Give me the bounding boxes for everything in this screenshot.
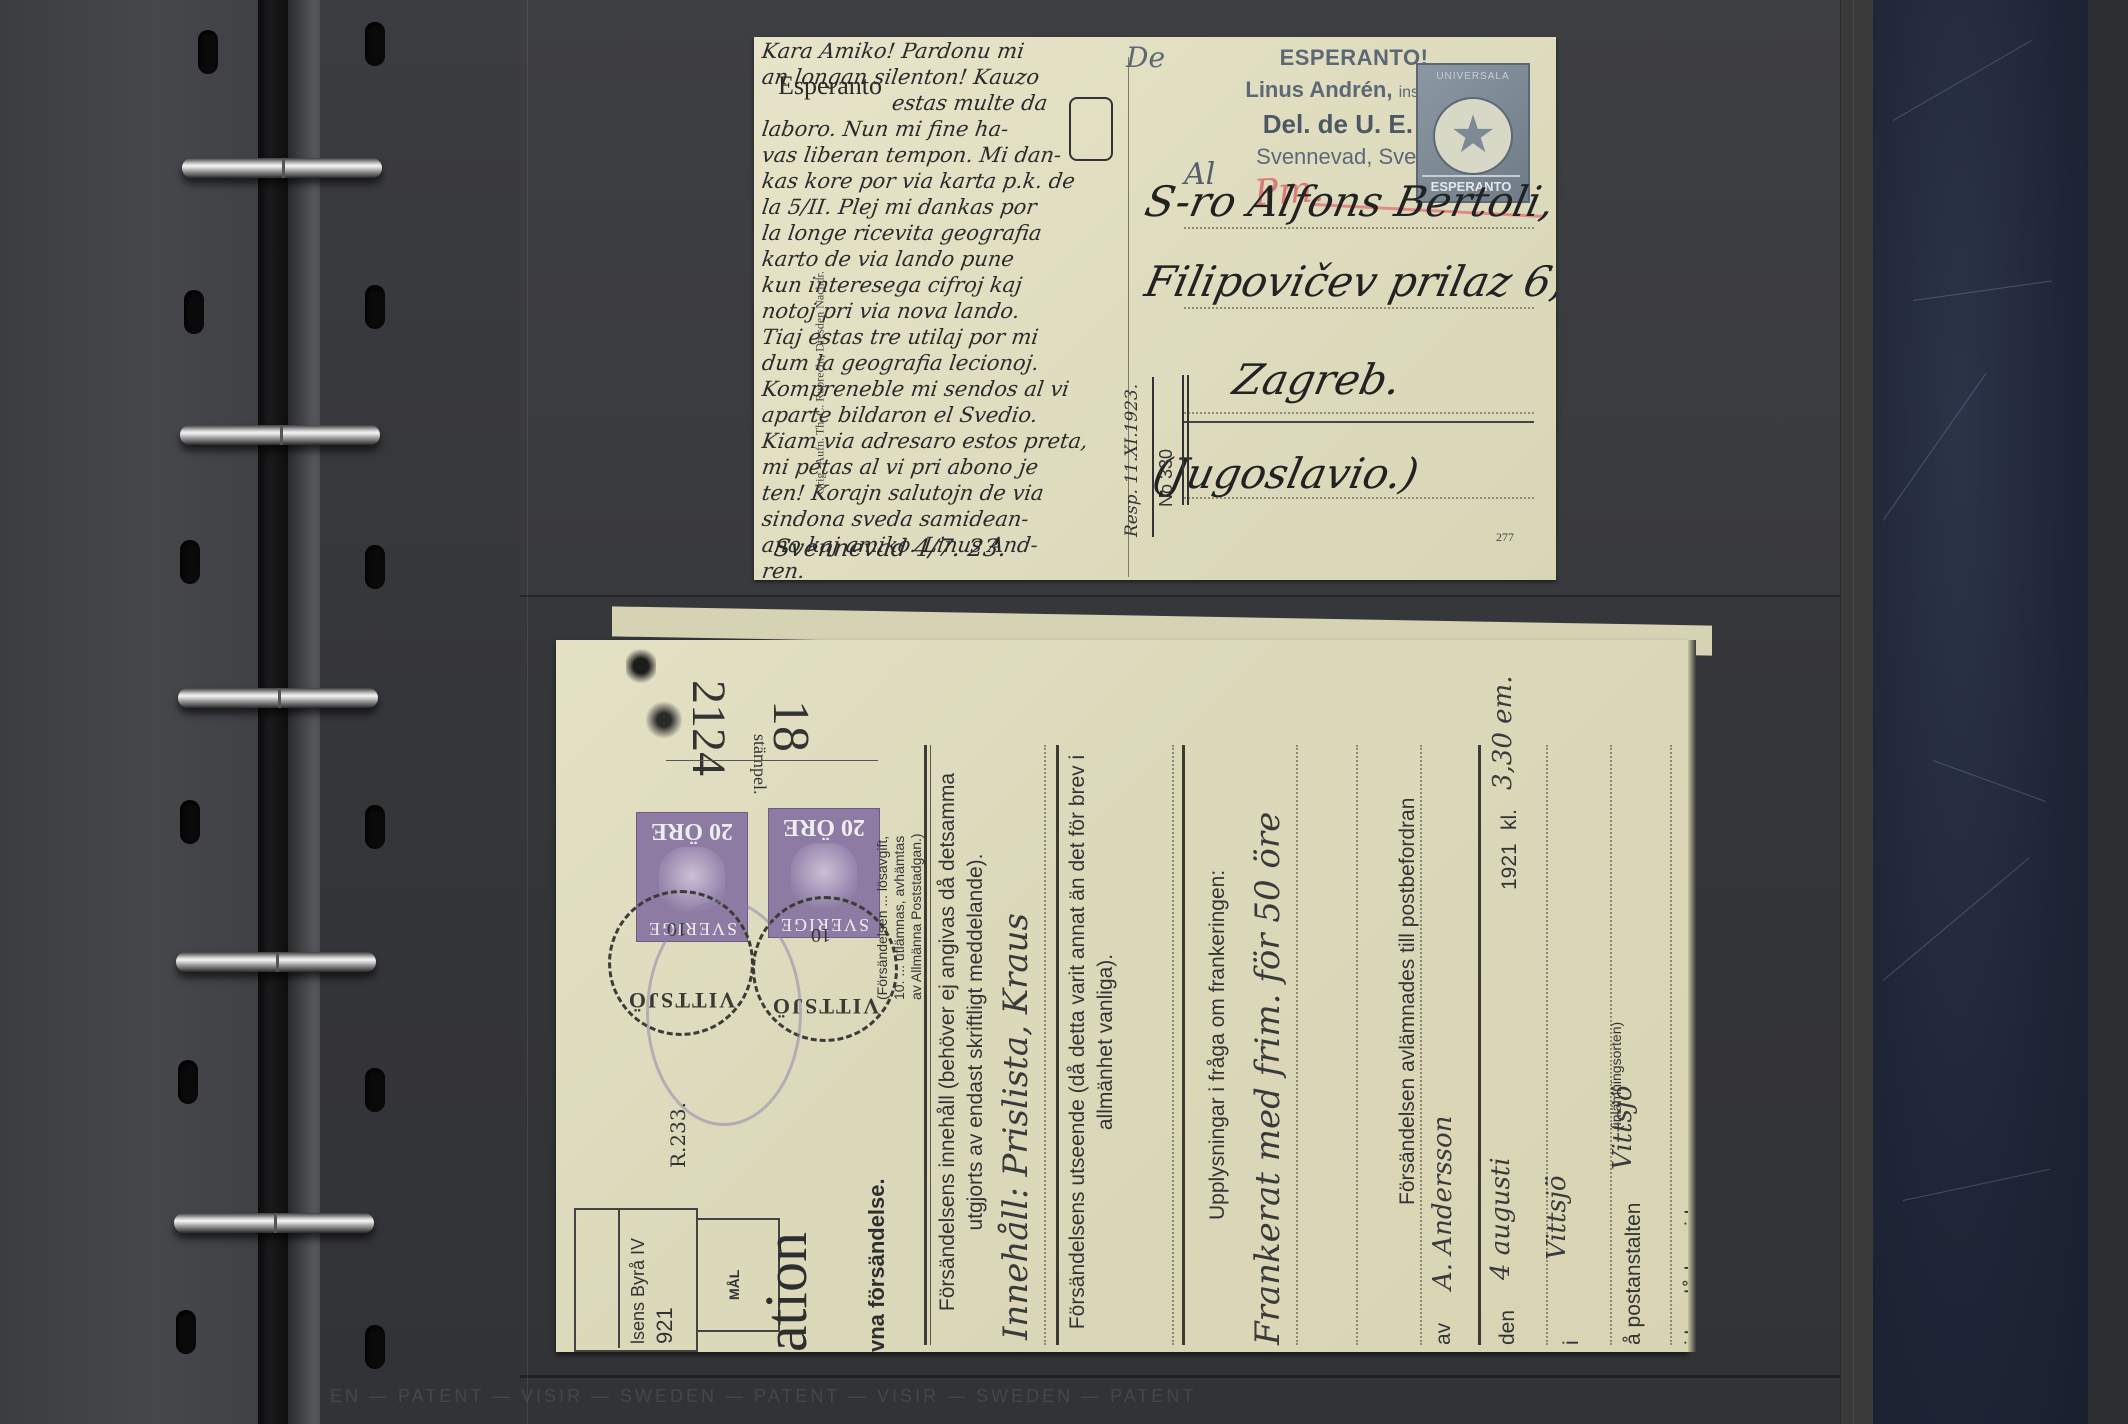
message-line: kas kore por via karta p.k. de bbox=[760, 169, 1119, 195]
ink-blot bbox=[626, 646, 656, 686]
punch-hole bbox=[365, 22, 385, 66]
printed-form-number: 2124 bbox=[681, 680, 736, 776]
address-line2: Filipovičev prilaz 6, bbox=[1141, 257, 1556, 306]
binder-ring[interactable] bbox=[182, 158, 382, 178]
violet-oval-seal bbox=[646, 900, 802, 1126]
binder-ring[interactable] bbox=[176, 952, 376, 972]
section-content-handwritten: Innehåll: Prislista, Kraus bbox=[996, 913, 1036, 1340]
envelope-edge bbox=[1688, 640, 1696, 1352]
section-appearance-heading: Försändelsens utseende (då detta varit a… bbox=[1064, 742, 1120, 1342]
address-line4: (Jugoslavio.) bbox=[1149, 449, 1423, 498]
address-rule bbox=[1184, 227, 1534, 229]
field-time-label: kl. bbox=[1498, 809, 1522, 830]
registration-bar bbox=[1152, 377, 1154, 537]
pocket-rail-left bbox=[527, 0, 528, 1424]
binder-ring[interactable] bbox=[174, 1213, 374, 1233]
message-line: sindona sveda samidean- bbox=[760, 507, 1119, 533]
address-rule bbox=[1184, 307, 1534, 309]
star-icon: ★ bbox=[1438, 105, 1508, 165]
publisher-imprint: Orig.-Aufn. Th. C. Ruprecht, Dresden Nac… bbox=[813, 195, 828, 495]
section-posting-heading: Försändelsen avlämnades till postbefordr… bbox=[1396, 798, 1420, 1205]
leather-album-cover bbox=[1873, 0, 2088, 1424]
postmark-day: 10 bbox=[811, 923, 831, 946]
stampel-label: stämpel. bbox=[749, 734, 770, 795]
form-dotted-rule bbox=[1420, 745, 1422, 1345]
field-label-av: av bbox=[1432, 1323, 1456, 1345]
form-dotted-rule bbox=[1044, 745, 1046, 1345]
fee-note-line: av Allmänna Poststadgan.) bbox=[908, 833, 925, 1000]
form-rule-heavy bbox=[1182, 745, 1185, 1345]
binder-ring[interactable] bbox=[180, 425, 380, 445]
form-dotted-rule bbox=[1670, 745, 1672, 1345]
punch-hole bbox=[365, 1325, 385, 1369]
field-time-value: 3,30 em. bbox=[1488, 676, 1518, 790]
binder-ring[interactable] bbox=[178, 688, 378, 708]
cover-edge bbox=[2088, 0, 2128, 1424]
album-emboss-text: EN — PATENT — VISIR — SWEDEN — PATENT — … bbox=[330, 1386, 1830, 1407]
form-dotted-rule bbox=[1296, 745, 1298, 1345]
indicia-top-text: UNIVERSALA bbox=[1418, 71, 1528, 82]
message-line: vas liberan tempon. Mi dan- bbox=[760, 143, 1119, 169]
card-number: 277 bbox=[1496, 530, 1514, 545]
form-dotted-rule bbox=[1172, 745, 1174, 1345]
punch-hole bbox=[198, 30, 218, 74]
punch-hole bbox=[180, 800, 200, 844]
sender-name: Linus Andrén, bbox=[1245, 77, 1392, 102]
form-rule bbox=[930, 745, 931, 1345]
punch-hole bbox=[365, 285, 385, 329]
punch-hole bbox=[178, 1060, 198, 1104]
message-line: laboro. Nun mi fine ha- bbox=[760, 117, 1119, 143]
stamp-value: 20 ÖRE bbox=[769, 813, 879, 840]
punch-hole bbox=[365, 805, 385, 849]
field-label-den: den bbox=[1496, 1310, 1520, 1345]
box-office-text: lsens Byrå IV bbox=[628, 1238, 649, 1344]
ink-blot bbox=[646, 700, 682, 740]
left-album-page bbox=[0, 0, 260, 1424]
handwritten-de: De bbox=[1126, 41, 1165, 74]
signature-date: Svennevad 4/7. 23. bbox=[772, 534, 1008, 562]
fee-note-line: (Försändelsen ... lösavgift, bbox=[874, 833, 891, 1000]
fee-note: (Försändelsen ... lösavgift, 10. ... utl… bbox=[874, 833, 925, 1000]
pocket-rail-right bbox=[1853, 0, 1854, 1424]
box-year: 921 bbox=[652, 1307, 678, 1344]
section-franking-handwritten: Frankerat med frim. för 50 öre bbox=[1248, 812, 1288, 1345]
fee-note-anchor bbox=[878, 730, 938, 731]
form-rule bbox=[666, 760, 878, 761]
form-rule-heavy bbox=[924, 745, 927, 1345]
printed-esperanto-label: Esperanto bbox=[778, 71, 882, 101]
form-dotted-rule bbox=[1356, 745, 1358, 1345]
reference-number: R.233. bbox=[666, 1102, 690, 1168]
punch-hole bbox=[180, 540, 200, 584]
censor-handstamp bbox=[1069, 97, 1113, 161]
field-value-i: Vittsjö bbox=[1542, 1175, 1572, 1260]
punch-hole bbox=[365, 545, 385, 589]
form-rule-heavy bbox=[1478, 745, 1481, 1345]
address-rule-solid bbox=[1184, 421, 1534, 423]
fee-note-line: 10. ... utlämnas, avhämtas bbox=[891, 833, 908, 1000]
form-subtitle-fragment: vna försändelse. bbox=[864, 1178, 890, 1352]
registration-number: No 330 bbox=[1156, 449, 1177, 507]
section-franking-heading: Upplysningar i fråga om frankeringen: bbox=[1206, 870, 1230, 1220]
binder-spine bbox=[258, 0, 288, 1424]
message-line: Kara Amiko! Pardonu mi bbox=[760, 39, 1119, 65]
field-value-den: 4 augusti bbox=[1486, 1157, 1516, 1280]
postal-form-document[interactable]: 2124 18 stämpel. 20 ÖRE SVERIGE 20 ÖRE S… bbox=[556, 640, 1688, 1352]
punch-hole bbox=[184, 290, 204, 334]
registration-bar bbox=[1182, 375, 1184, 505]
field-value-av: A. Andersson bbox=[1428, 1116, 1458, 1290]
registration-note: Resp. 11.XI.1923. bbox=[1122, 384, 1142, 537]
section-content-heading: Försändelsens innehåll (behöver ej angiv… bbox=[934, 742, 990, 1342]
address-line3: Zagreb. bbox=[1229, 355, 1406, 404]
address-line1: S-ro Alfons Bertoli, bbox=[1141, 177, 1556, 226]
form-title-fragment: ation bbox=[752, 1232, 821, 1352]
form-rule-heavy bbox=[1056, 745, 1059, 1345]
message-line: ren. bbox=[760, 559, 1119, 580]
address-rule bbox=[1184, 412, 1534, 414]
mal-label: MÅL bbox=[726, 1270, 742, 1300]
stamp-value: 20 ÖRE bbox=[637, 817, 747, 844]
field-year: 1921 bbox=[1498, 843, 1522, 890]
field-value-postanstalten: Vittsjö bbox=[1608, 1085, 1638, 1170]
field-label-postanstalten: å postanstalten bbox=[1622, 1203, 1646, 1345]
office-box-divider bbox=[618, 1208, 620, 1348]
field-label-i: i bbox=[1560, 1340, 1584, 1345]
punch-hole bbox=[176, 1310, 196, 1354]
punch-hole bbox=[365, 1068, 385, 1112]
registration-bar bbox=[1187, 375, 1189, 505]
esperanto-postcard[interactable]: Kara Amiko! Pardonu mian longan silenton… bbox=[754, 37, 1556, 580]
